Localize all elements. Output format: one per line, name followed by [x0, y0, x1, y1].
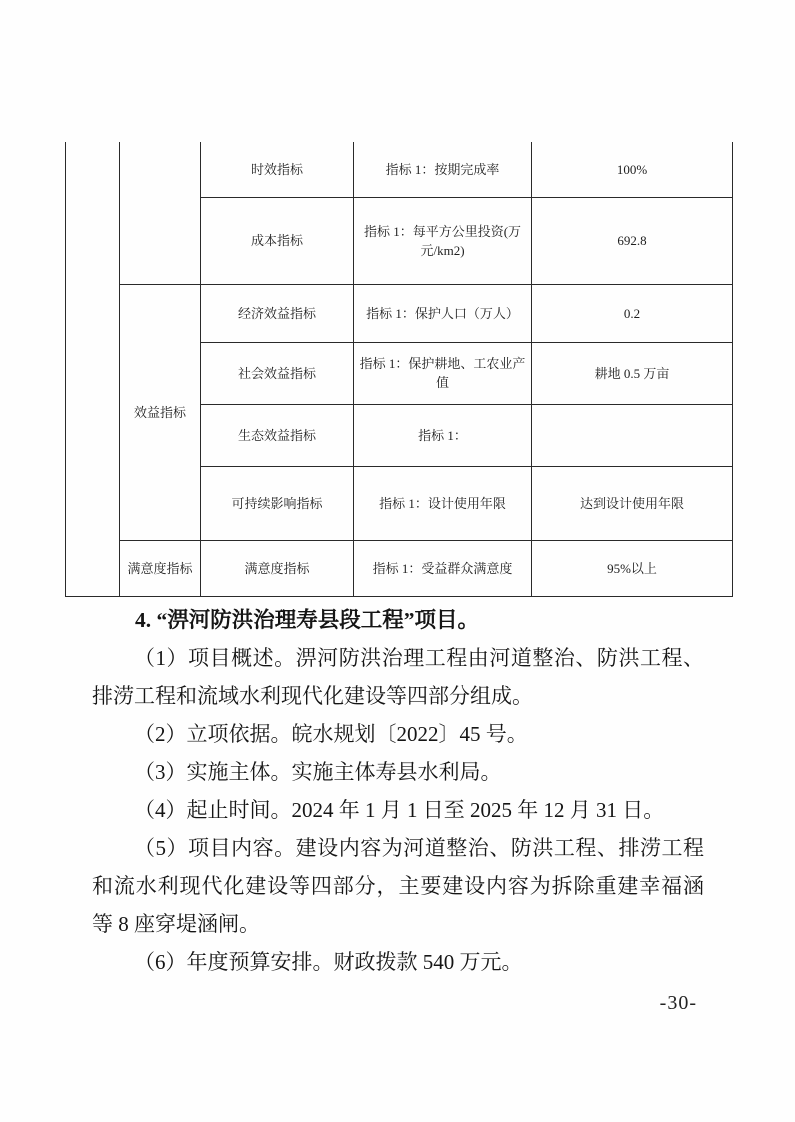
cell-sub-indicator-economic: 经济效益指标	[201, 284, 354, 342]
table-row-timeliness: 时效指标 指标 1：按期完成率 100%	[66, 142, 733, 197]
cell-indicator-economic: 指标 1：保护人口（万人）	[354, 284, 532, 342]
paragraph-4: （4）起止时间。2024 年 1 月 1 日至 2025 年 12 月 31 日…	[92, 791, 704, 829]
cell-indicator-cost: 指标 1：每平方公里投资(万 元/km2)	[354, 197, 532, 284]
cell-value-sustainability: 达到设计使用年限	[532, 466, 733, 540]
cell-sub-indicator-social: 社会效益指标	[201, 342, 354, 404]
cell-sub-indicator-satisfaction: 满意度指标	[201, 540, 354, 596]
cell-value-cost: 692.8	[532, 197, 733, 284]
cell-indicator-satisfaction: 指标 1：受益群众满意度	[354, 540, 532, 596]
table-row-satisfaction: 满意度指标 满意度指标 指标 1：受益群众满意度 95%以上	[66, 540, 733, 596]
cell-group-benefit: 效益指标	[120, 284, 201, 540]
section-heading: 4. “淠河防洪治理寿县段工程”项目。	[92, 601, 704, 639]
cell-value-social: 耕地 0.5 万亩	[532, 342, 733, 404]
cell-group-satisfaction: 满意度指标	[120, 540, 201, 596]
document-page: 时效指标 指标 1：按期完成率 100% 成本指标 指标 1：每平方公里投资(万…	[0, 0, 795, 1122]
page-number: -30-	[660, 992, 697, 1015]
performance-indicators-table: 时效指标 指标 1：按期完成率 100% 成本指标 指标 1：每平方公里投资(万…	[65, 142, 733, 597]
paragraph-1-line-1: （1）项目概述。淠河防洪治理工程由河道整治、防洪工程、	[92, 639, 704, 677]
cell-value-satisfaction: 95%以上	[532, 540, 733, 596]
cell-group-blank	[120, 142, 201, 284]
paragraph-1-line-2: 排涝工程和流域水利现代化建设等四部分组成。	[92, 677, 704, 715]
cell-value-economic: 0.2	[532, 284, 733, 342]
cell-value-timeliness: 100%	[532, 142, 733, 197]
paragraph-5-line-1: （5）项目内容。建设内容为河道整治、防洪工程、排涝工程	[92, 829, 704, 867]
cell-sub-indicator-sustainability: 可持续影响指标	[201, 466, 354, 540]
cell-indicator-timeliness: 指标 1：按期完成率	[354, 142, 532, 197]
paragraph-5-line-2: 和流水利现代化建设等四部分，主要建设内容为拆除重建幸福涵	[92, 867, 704, 905]
body-text-block: 4. “淠河防洪治理寿县段工程”项目。 （1）项目概述。淠河防洪治理工程由河道整…	[92, 601, 704, 981]
cell-value-ecological	[532, 404, 733, 466]
cell-indicator-social: 指标 1：保护耕地、工农业产 值	[354, 342, 532, 404]
paragraph-6: （6）年度预算安排。财政拨款 540 万元。	[92, 943, 704, 981]
paragraph-3: （3）实施主体。实施主体寿县水利局。	[92, 753, 704, 791]
paragraph-5-line-3: 等 8 座穿堤涵闸。	[92, 905, 704, 943]
cell-outer-category-blank	[66, 142, 120, 596]
cell-sub-indicator-timeliness: 时效指标	[201, 142, 354, 197]
table-row-economic-benefit: 效益指标 经济效益指标 指标 1：保护人口（万人） 0.2	[66, 284, 733, 342]
cell-sub-indicator-ecological: 生态效益指标	[201, 404, 354, 466]
cell-indicator-ecological: 指标 1：	[354, 404, 532, 466]
cell-indicator-sustainability: 指标 1：设计使用年限	[354, 466, 532, 540]
cell-sub-indicator-cost: 成本指标	[201, 197, 354, 284]
paragraph-2: （2）立项依据。皖水规划〔2022〕45 号。	[92, 715, 704, 753]
